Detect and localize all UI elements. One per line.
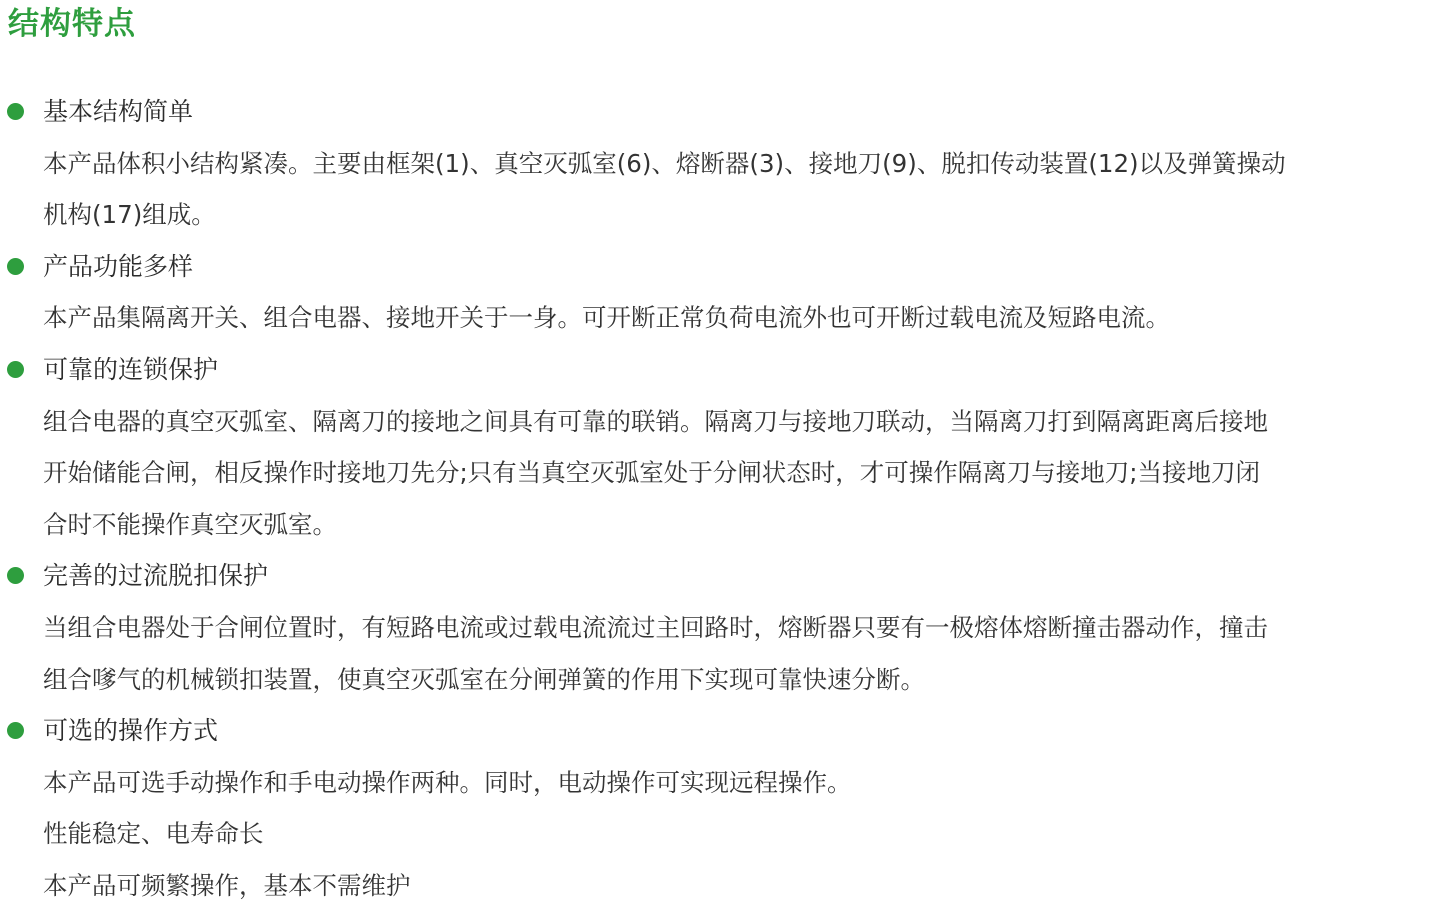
section-text-line: 本产品可选手动操作和手电动操作两种。同时，电动操作可实现远程操作。 <box>0 757 1440 809</box>
section-heading-text: 可靠的连锁保护 <box>43 355 218 384</box>
section-text-line: 组合嗲气的机械锁扣装置，使真空灭弧室在分闸弹簧的作用下实现可靠快速分断。 <box>0 654 1440 706</box>
section-text-line: 机构(17)组成。 <box>0 189 1440 241</box>
section-heading-operation: 可选的操作方式 <box>0 705 1440 757</box>
section-text-line: 当组合电器处于合闸位置时，有短路电流或过载电流流过主回路时，熔断器只要有一极熔体… <box>0 602 1440 654</box>
section-text-line: 本产品体积小结构紧凑。主要由框架(1)、真空灭弧室(6)、熔断器(3)、接地刀(… <box>0 138 1440 190</box>
section-text-line: 性能稳定、电寿命长 <box>0 808 1440 860</box>
section-heading-text: 完善的过流脱扣保护 <box>43 561 268 590</box>
section-text-line: 本产品可频繁操作，基本不需维护 <box>0 860 1440 905</box>
bullet-dot-icon <box>7 258 24 275</box>
section-heading-text: 可选的操作方式 <box>43 716 218 745</box>
section-text-line: 组合电器的真空灭弧室、隔离刀的接地之间具有可靠的联销。隔离刀与接地刀联动，当隔离… <box>0 396 1440 448</box>
section-text-line: 合时不能操作真空灭弧室。 <box>0 499 1440 551</box>
page-title: 结构特点 <box>8 2 136 46</box>
section-heading-interlock: 可靠的连锁保护 <box>0 344 1440 396</box>
section-text-line: 开始储能合闸，相反操作时接地刀先分;只有当真空灭弧室处于分闸状态时，才可操作隔离… <box>0 447 1440 499</box>
section-heading-text: 产品功能多样 <box>43 252 193 281</box>
bullet-dot-icon <box>7 567 24 584</box>
feature-list: 基本结构简单 本产品体积小结构紧凑。主要由框架(1)、真空灭弧室(6)、熔断器(… <box>0 86 1440 905</box>
bullet-dot-icon <box>7 361 24 378</box>
bullet-dot-icon <box>7 722 24 739</box>
section-heading-overcurrent: 完善的过流脱扣保护 <box>0 550 1440 602</box>
section-heading-structure: 基本结构简单 <box>0 86 1440 138</box>
bullet-dot-icon <box>7 103 24 120</box>
section-heading-text: 基本结构简单 <box>43 97 193 126</box>
section-heading-functions: 产品功能多样 <box>0 241 1440 293</box>
section-text-line: 本产品集隔离开关、组合电器、接地开关于一身。可开断正常负荷电流外也可开断过载电流… <box>0 292 1440 344</box>
